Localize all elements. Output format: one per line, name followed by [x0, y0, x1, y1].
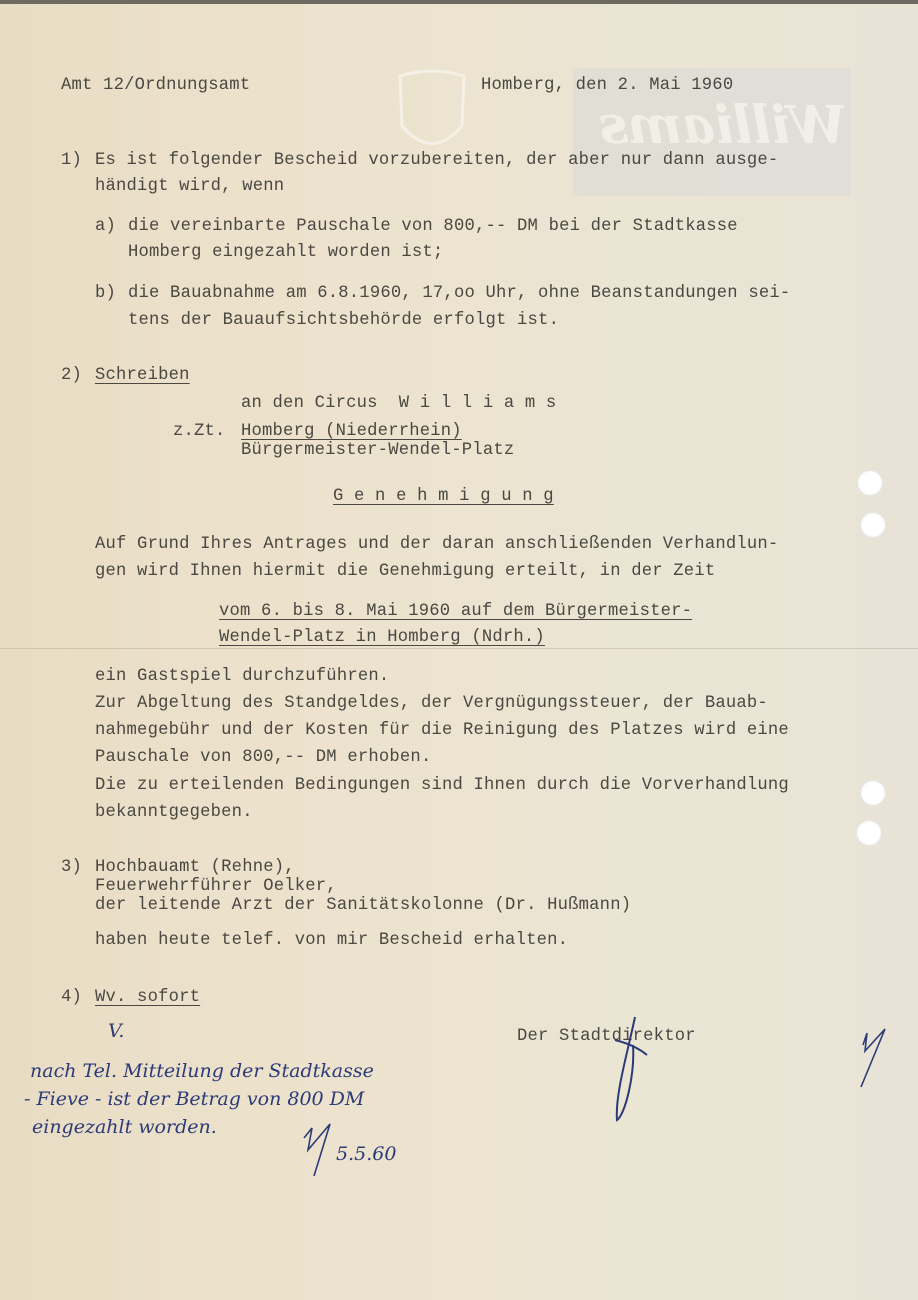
item-1-line: händigt wird, wenn — [95, 177, 284, 196]
item-2-heading: Schreiben — [95, 366, 190, 385]
resubmission-note: Wv. sofort — [95, 988, 200, 1007]
item-2-number: 2) — [61, 366, 82, 385]
handwritten-date: 5.5.60 — [336, 1143, 396, 1165]
letter-body-line: bekanntgegeben. — [95, 803, 253, 822]
condition-b-text: tens der Bauaufsichtsbehörde erfolgt ist… — [128, 311, 559, 330]
letter-body-line: Die zu erteilenden Bedingungen sind Ihne… — [95, 776, 789, 795]
punch-hole — [856, 820, 882, 846]
notified-party: Hochbauamt (Rehne), — [95, 858, 295, 877]
notified-party: Feuerwehrführer Oelker, — [95, 877, 337, 896]
recipient-prefix: z.Zt. — [173, 422, 226, 441]
permit-period: vom 6. bis 8. Mai 1960 auf dem Bürgermei… — [219, 602, 692, 621]
letter-body-line: gen wird Ihnen hiermit die Genehmigung e… — [95, 562, 715, 581]
condition-b-text: die Bauabnahme am 6.8.1960, 17,oo Uhr, o… — [128, 284, 790, 303]
scan-top-edge — [0, 0, 918, 4]
handwritten-initial-icon — [300, 1120, 340, 1180]
handwritten-note-line: - Fieve - ist der Betrag von 800 DM — [24, 1088, 364, 1110]
paper-fold-line — [0, 648, 918, 649]
letterhead-bleedthrough-word: Williams — [600, 95, 847, 156]
letter-subject: G e n e h m i g u n g — [333, 487, 554, 506]
letter-body-line: ein Gastspiel durchzuführen. — [95, 667, 389, 686]
handwritten-note-line: nach Tel. Mitteilung der Stadtkasse — [30, 1060, 374, 1082]
recipient-street: Bürgermeister-Wendel-Platz — [241, 441, 514, 460]
handwritten-check: V. — [108, 1020, 124, 1042]
condition-a-text: die vereinbarte Pauschale von 800,-- DM … — [128, 217, 738, 236]
notification-note: haben heute telef. von mir Bescheid erha… — [95, 931, 568, 950]
director-signature-icon — [605, 1015, 665, 1125]
initial-mark-icon — [855, 1025, 895, 1090]
letter-body-line: Auf Grund Ihres Antrages und der daran a… — [95, 535, 778, 554]
item-1-line: Es ist folgender Bescheid vorzubereiten,… — [95, 151, 778, 170]
permit-period: Wendel-Platz in Homberg (Ndrh.) — [219, 628, 545, 647]
letter-body-line: nahmegebühr und der Kosten für die Reini… — [95, 721, 789, 740]
recipient-city: Homberg (Niederrhein) — [241, 422, 462, 441]
letter-body-line: Zur Abgeltung des Standgeldes, der Vergn… — [95, 694, 768, 713]
item-1-number: 1) — [61, 151, 82, 170]
recipient-name: an den Circus W i l l i a m s — [241, 394, 556, 413]
condition-a-label: a) — [95, 217, 116, 236]
punch-hole — [860, 512, 886, 538]
condition-a-text: Homberg eingezahlt worden ist; — [128, 243, 443, 262]
item-4-number: 4) — [61, 988, 82, 1007]
notified-party: der leitende Arzt der Sanitätskolonne (D… — [95, 896, 631, 915]
handwritten-note-line: eingezahlt worden. — [32, 1116, 217, 1138]
letter-body-line: Pauschale von 800,-- DM erhoben. — [95, 748, 431, 767]
punch-hole — [860, 780, 886, 806]
office-label: Amt 12/Ordnungsamt — [61, 76, 250, 95]
condition-b-label: b) — [95, 284, 116, 303]
place-date: Homberg, den 2. Mai 1960 — [481, 76, 733, 95]
punch-hole — [857, 470, 883, 496]
item-3-number: 3) — [61, 858, 82, 877]
